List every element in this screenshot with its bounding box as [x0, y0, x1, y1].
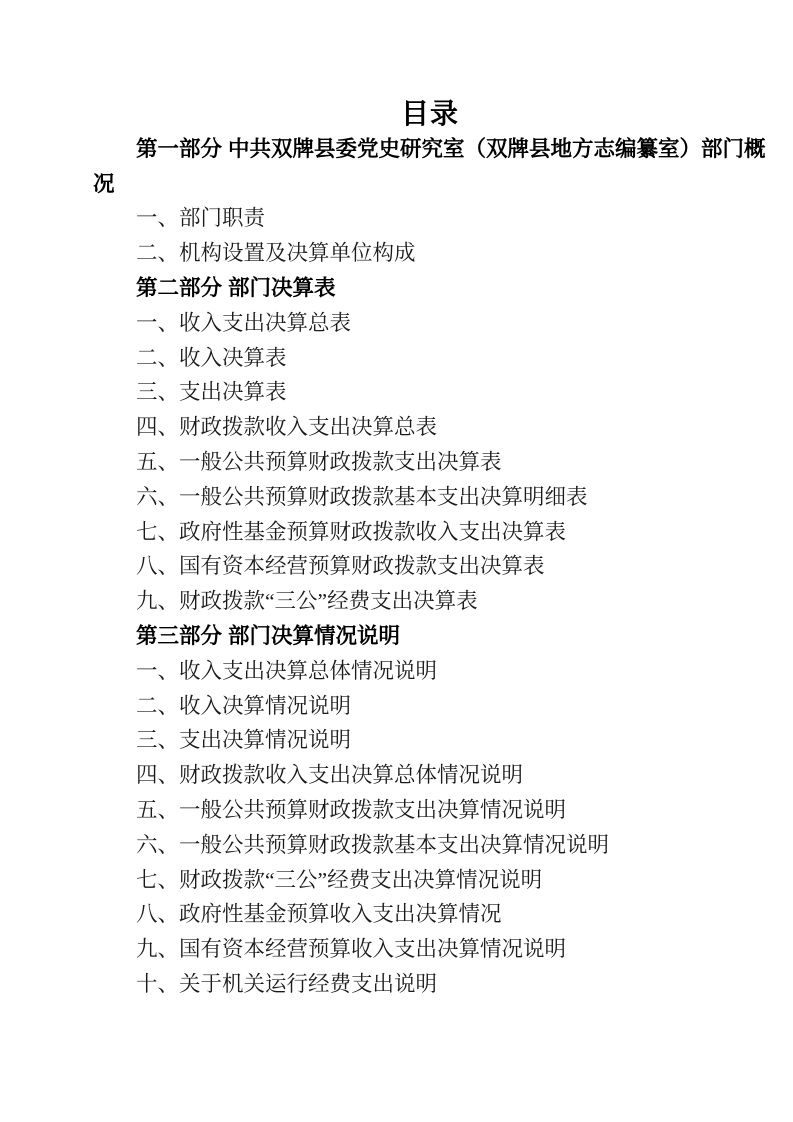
- toc-item: 七、财政拨款“三公”经费支出决算情况说明: [93, 863, 767, 898]
- toc-item: 二、收入决算表: [93, 341, 767, 376]
- toc-item: 八、国有资本经营预算财政拨款支出决算表: [93, 549, 767, 584]
- toc-item: 六、一般公共预算财政拨款基本支出决算明细表: [93, 480, 767, 515]
- toc-item: 九、财政拨款“三公”经费支出决算表: [93, 584, 767, 619]
- toc-item: 三、支出决算表: [93, 375, 767, 410]
- toc-item: 一、收入支出决算总体情况说明: [93, 654, 767, 689]
- toc-item: 一、收入支出决算总表: [93, 306, 767, 341]
- toc-item: 九、国有资本经营预算收入支出决算情况说明: [93, 932, 767, 967]
- toc-item: 四、财政拨款收入支出决算总体情况说明: [93, 758, 767, 793]
- toc-item: 八、政府性基金预算收入支出决算情况: [93, 897, 767, 932]
- toc-item: 三、支出决算情况说明: [93, 723, 767, 758]
- toc-item: 十、关于机关运行经费支出说明: [93, 967, 767, 1002]
- section-heading-part1: 第一部分 中共双牌县委党史研究室（双牌县地方志编纂室）部门概况: [93, 132, 767, 202]
- toc-item: 七、政府性基金预算财政拨款收入支出决算表: [93, 515, 767, 550]
- toc-item: 四、财政拨款收入支出决算总表: [93, 410, 767, 445]
- toc-item: 二、机构设置及决算单位构成: [93, 236, 767, 271]
- document-page: 目录 第一部分 中共双牌县委党史研究室（双牌县地方志编纂室）部门概况 一、部门职…: [0, 0, 793, 1122]
- section-heading-part3: 第三部分 部门决算情况说明: [93, 619, 767, 654]
- toc-item: 六、一般公共预算财政拨款基本支出决算情况说明: [93, 828, 767, 863]
- toc-item: 五、一般公共预算财政拨款支出决算情况说明: [93, 793, 767, 828]
- section-heading-part2: 第二部分 部门决算表: [93, 271, 767, 306]
- toc-item: 二、收入决算情况说明: [93, 689, 767, 724]
- toc-item: 五、一般公共预算财政拨款支出决算表: [93, 445, 767, 480]
- page-title: 目录: [93, 97, 767, 132]
- toc-item: 一、部门职责: [93, 201, 767, 236]
